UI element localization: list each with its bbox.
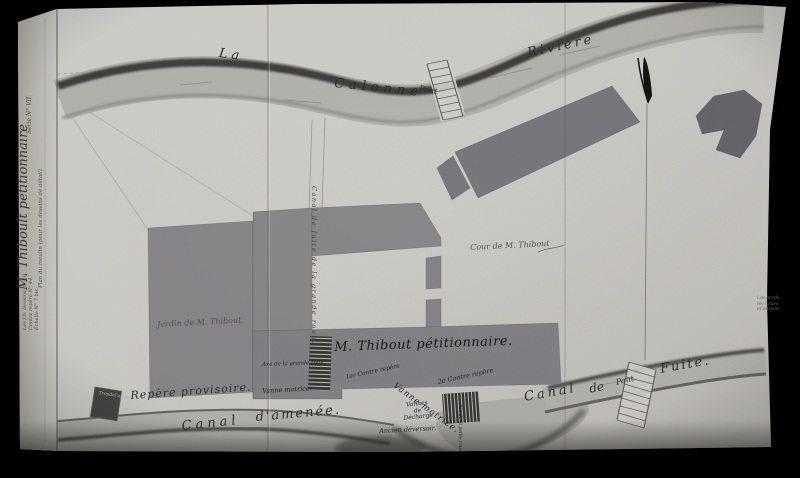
plan-artwork: [0, 0, 800, 478]
photograph-of-old-plan: La Calonne Rivière Pont Canal d'amenée. …: [0, 0, 800, 478]
grain-overlay: [18, 2, 788, 454]
